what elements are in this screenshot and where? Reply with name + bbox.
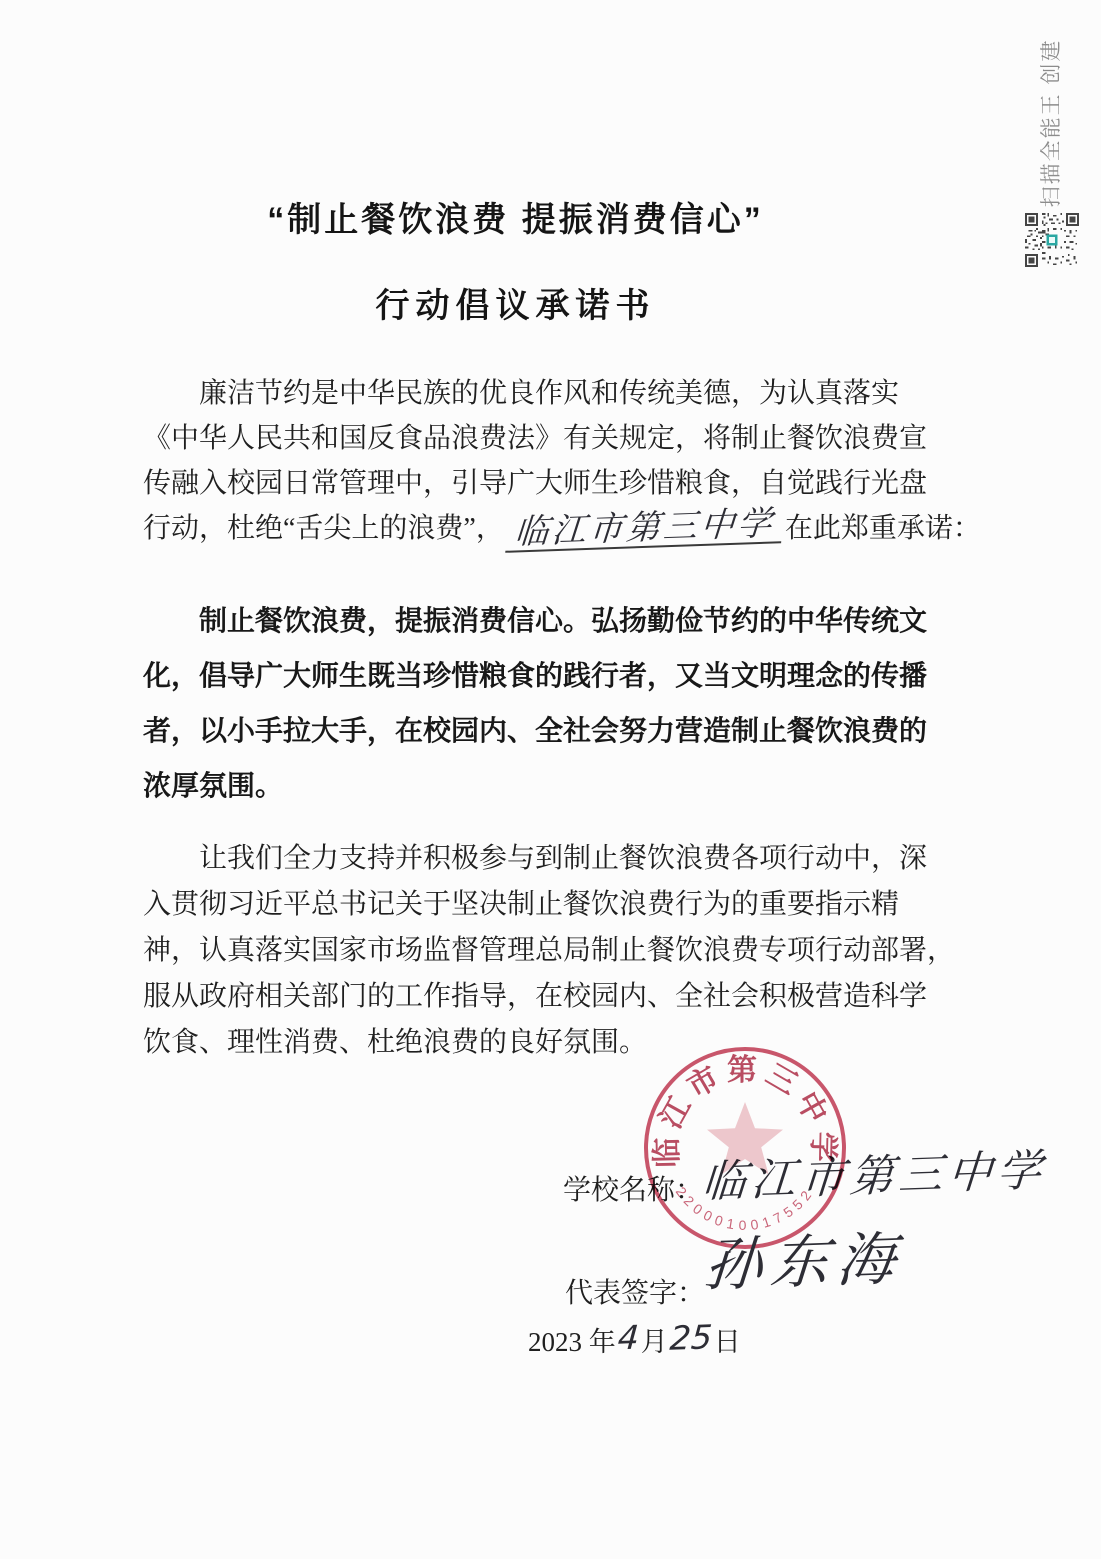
date-year: 2023 xyxy=(528,1327,582,1357)
document-title-line1: “制止餐饮浪费 提振消费信心” xyxy=(143,192,888,241)
handwritten-month: 4 xyxy=(616,1318,640,1358)
handwritten-school-name-inline: 临江市第三中学 xyxy=(505,505,784,553)
text-line: 《中华人民共和国反食品浪费法》有关规定，将制止餐饮浪费宣 xyxy=(143,416,893,461)
paragraph-action: 让我们全力支持并积极参与到制止餐饮浪费各项行动中，深 入贯彻习近平总书记关于坚决… xyxy=(143,836,893,1066)
text-line: 者，以小手拉大手，在校园内、全社会努力营造制止餐饮浪费的 xyxy=(143,704,893,759)
document-title-line2: 行动倡议承诺书 xyxy=(143,278,888,327)
text-line: 传融入校园日常管理中，引导广大师生珍惜粮食，自觉践行光盘 xyxy=(143,461,893,506)
representative-signature-row: 代表签字：孙东海 xyxy=(565,1235,903,1319)
line4-suffix-text: 在此郑重承诺： xyxy=(785,513,981,544)
text-line: 神，认真落实国家市场监督管理总局制止餐饮浪费专项行动部署， xyxy=(143,928,893,974)
handwritten-signature: 孙东海 xyxy=(702,1212,907,1303)
text-line: 廉洁节约是中华民族的优良作风和传统美德，为认真落实 xyxy=(143,371,893,416)
representative-label: 代表签字： xyxy=(565,1278,705,1309)
text-line: 浓厚氛围。 xyxy=(143,759,893,814)
line4-prefix-text: 行动，杜绝“舌尖上的浪费”， xyxy=(143,513,504,544)
text-line: 化，倡导广大师生既当珍惜粮食的践行者，又当文明理念的传播 xyxy=(143,649,893,704)
text-line: 制止餐饮浪费，提振消费信心。弘扬勤俭节约的中华传统文 xyxy=(143,594,893,649)
scanned-document-page: 扫描全能王 创建 “制止餐饮浪费 提振消费信心” 行动倡议承诺书 xyxy=(0,0,1101,1559)
paragraph-intro: 廉洁节约是中华民族的优良作风和传统美德，为认真落实 《中华人民共和国反食品浪费法… xyxy=(143,371,893,551)
qr-code-icon xyxy=(1025,213,1079,267)
text-line: 入贯彻习近平总书记关于坚决制止餐饮浪费行为的重要指示精 xyxy=(143,882,893,928)
star-icon xyxy=(707,1102,783,1174)
date-month-unit: 月 xyxy=(641,1327,668,1357)
handwritten-day: 25 xyxy=(668,1317,713,1357)
text-line-with-blank: 行动，杜绝“舌尖上的浪费”，临江市第三中学在此郑重承诺： xyxy=(143,506,893,551)
text-line: 让我们全力支持并积极参与到制止餐饮浪费各项行动中，深 xyxy=(143,836,893,882)
text-line: 服从政府相关部门的工作指导，在校园内、全社会积极营造科学 xyxy=(143,974,893,1020)
date-year-unit: 年 xyxy=(589,1327,616,1357)
scanner-watermark-text: 扫描全能王 创建 xyxy=(1035,33,1061,213)
date-day-unit: 日 xyxy=(714,1327,741,1357)
date-line: 2023 年4月25日 xyxy=(528,1320,741,1359)
paragraph-pledge: 制止餐饮浪费，提振消费信心。弘扬勤俭节约的中华传统文 化，倡导广大师生既当珍惜粮… xyxy=(143,594,893,814)
